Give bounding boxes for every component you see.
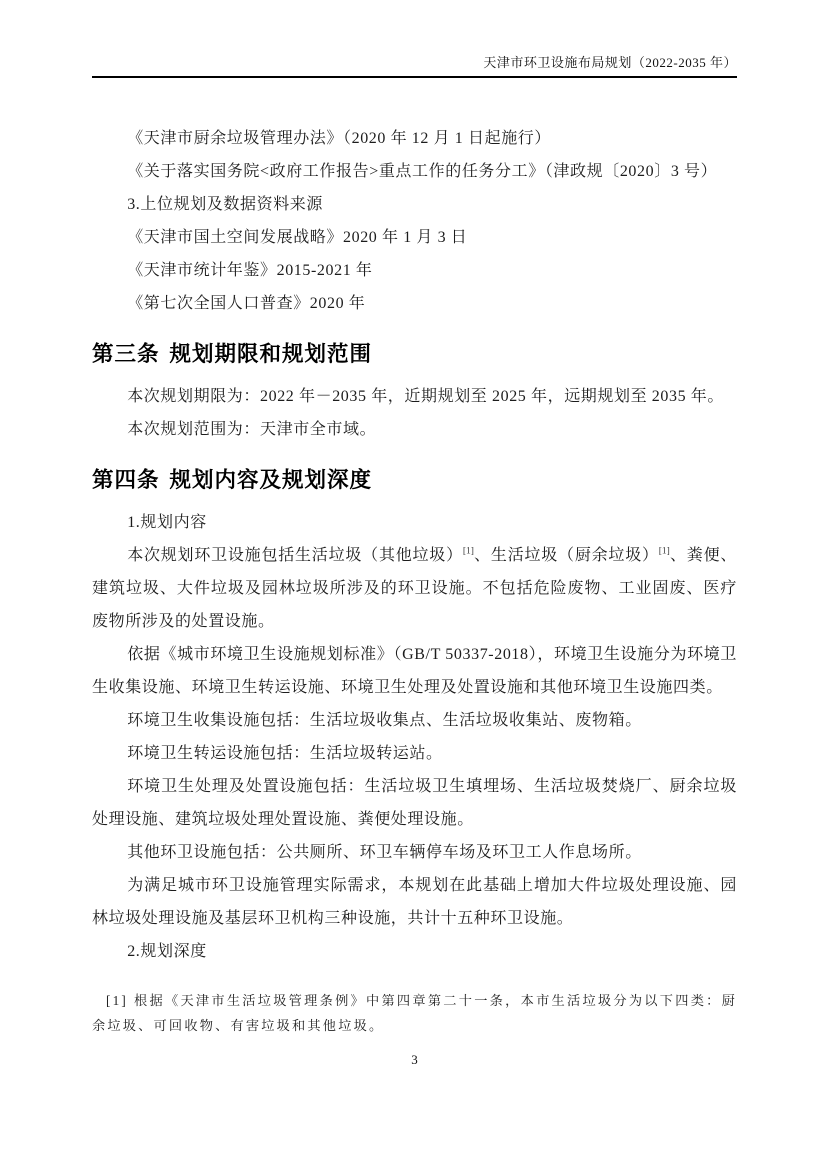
page-number: 3 <box>92 1052 737 1068</box>
heading-article-3: 第三条规划期限和规划范围 <box>92 338 737 371</box>
body-paragraph: 环境卫生处理及处置设施包括：生活垃圾卫生填埋场、生活垃圾焚烧厂、厨余垃圾处理设施… <box>92 770 737 836</box>
document-body: 《天津市厨余垃圾管理办法》（2020 年 12 月 1 日起施行） 《关于落实国… <box>92 122 737 968</box>
footnote-ref-1: [1] <box>463 547 474 557</box>
body-paragraph: 《第七次全国人口普查》2020 年 <box>92 287 737 320</box>
body-paragraph: 依据《城市环境卫生设施规划标准》（GB/T 50337-2018），环境卫生设施… <box>92 638 737 704</box>
body-paragraph: 其他环卫设施包括：公共厕所、环卫车辆停车场及环卫工人作息场所。 <box>92 836 737 869</box>
paragraph-segment: 本次规划环卫设施包括生活垃圾（其他垃圾） <box>127 547 463 564</box>
body-paragraph: 《天津市国土空间发展战略》2020 年 1 月 3 日 <box>92 221 737 254</box>
heading-article-4-title: 规划内容及规划深度 <box>170 468 373 492</box>
body-paragraph: 环境卫生转运设施包括：生活垃圾转运站。 <box>92 737 737 770</box>
heading-article-4-label: 第四条 <box>92 468 160 492</box>
page-header: 天津市环卫设施布局规划（2022-2035 年） <box>92 0 737 78</box>
heading-article-4: 第四条规划内容及规划深度 <box>92 464 737 497</box>
body-paragraph: 为满足城市环卫设施管理实际需求，本规划在此基础上增加大件垃圾处理设施、园林垃圾处… <box>92 869 737 935</box>
footnote-text: 根据《天津市生活垃圾管理条例》中第四章第二十一条，本市生活垃圾分为以下四类：厨余… <box>92 993 737 1033</box>
footnote-line: [1]根据《天津市生活垃圾管理条例》中第四章第二十一条，本市生活垃圾分为以下四类… <box>92 988 737 1038</box>
body-paragraph: 《天津市厨余垃圾管理办法》（2020 年 12 月 1 日起施行） <box>92 122 737 155</box>
body-paragraph: 《关于落实国务院<政府工作报告>重点工作的任务分工》（津政规〔2020〕3 号） <box>92 155 737 188</box>
paragraph-segment: 、生活垃圾（厨余垃圾） <box>474 547 659 564</box>
header-title: 天津市环卫设施布局规划（2022-2035 年） <box>483 55 737 70</box>
heading-article-3-title: 规划期限和规划范围 <box>170 342 373 366</box>
heading-article-3-label: 第三条 <box>92 342 160 366</box>
body-paragraph-with-footnote-refs: 本次规划环卫设施包括生活垃圾（其他垃圾）[1]、生活垃圾（厨余垃圾）[1]、粪便… <box>92 539 737 638</box>
body-paragraph: 3.上位规划及数据资料来源 <box>92 188 737 221</box>
footnote: [1]根据《天津市生活垃圾管理条例》中第四章第二十一条，本市生活垃圾分为以下四类… <box>92 988 737 1038</box>
document-page: 天津市环卫设施布局规划（2022-2035 年） 《天津市厨余垃圾管理办法》（2… <box>0 0 826 1169</box>
footnote-marker: [1] <box>106 993 128 1008</box>
body-paragraph: 本次规划范围为：天津市全市域。 <box>92 413 737 446</box>
body-paragraph: 1.规划内容 <box>92 506 737 539</box>
footnote-ref-1: [1] <box>659 547 670 557</box>
body-paragraph: 环境卫生收集设施包括：生活垃圾收集点、生活垃圾收集站、废物箱。 <box>92 704 737 737</box>
body-paragraph: 2.规划深度 <box>92 935 737 968</box>
body-paragraph: 《天津市统计年鉴》2015-2021 年 <box>92 254 737 287</box>
body-paragraph: 本次规划期限为：2022 年－2035 年，近期规划至 2025 年，远期规划至… <box>92 380 737 413</box>
